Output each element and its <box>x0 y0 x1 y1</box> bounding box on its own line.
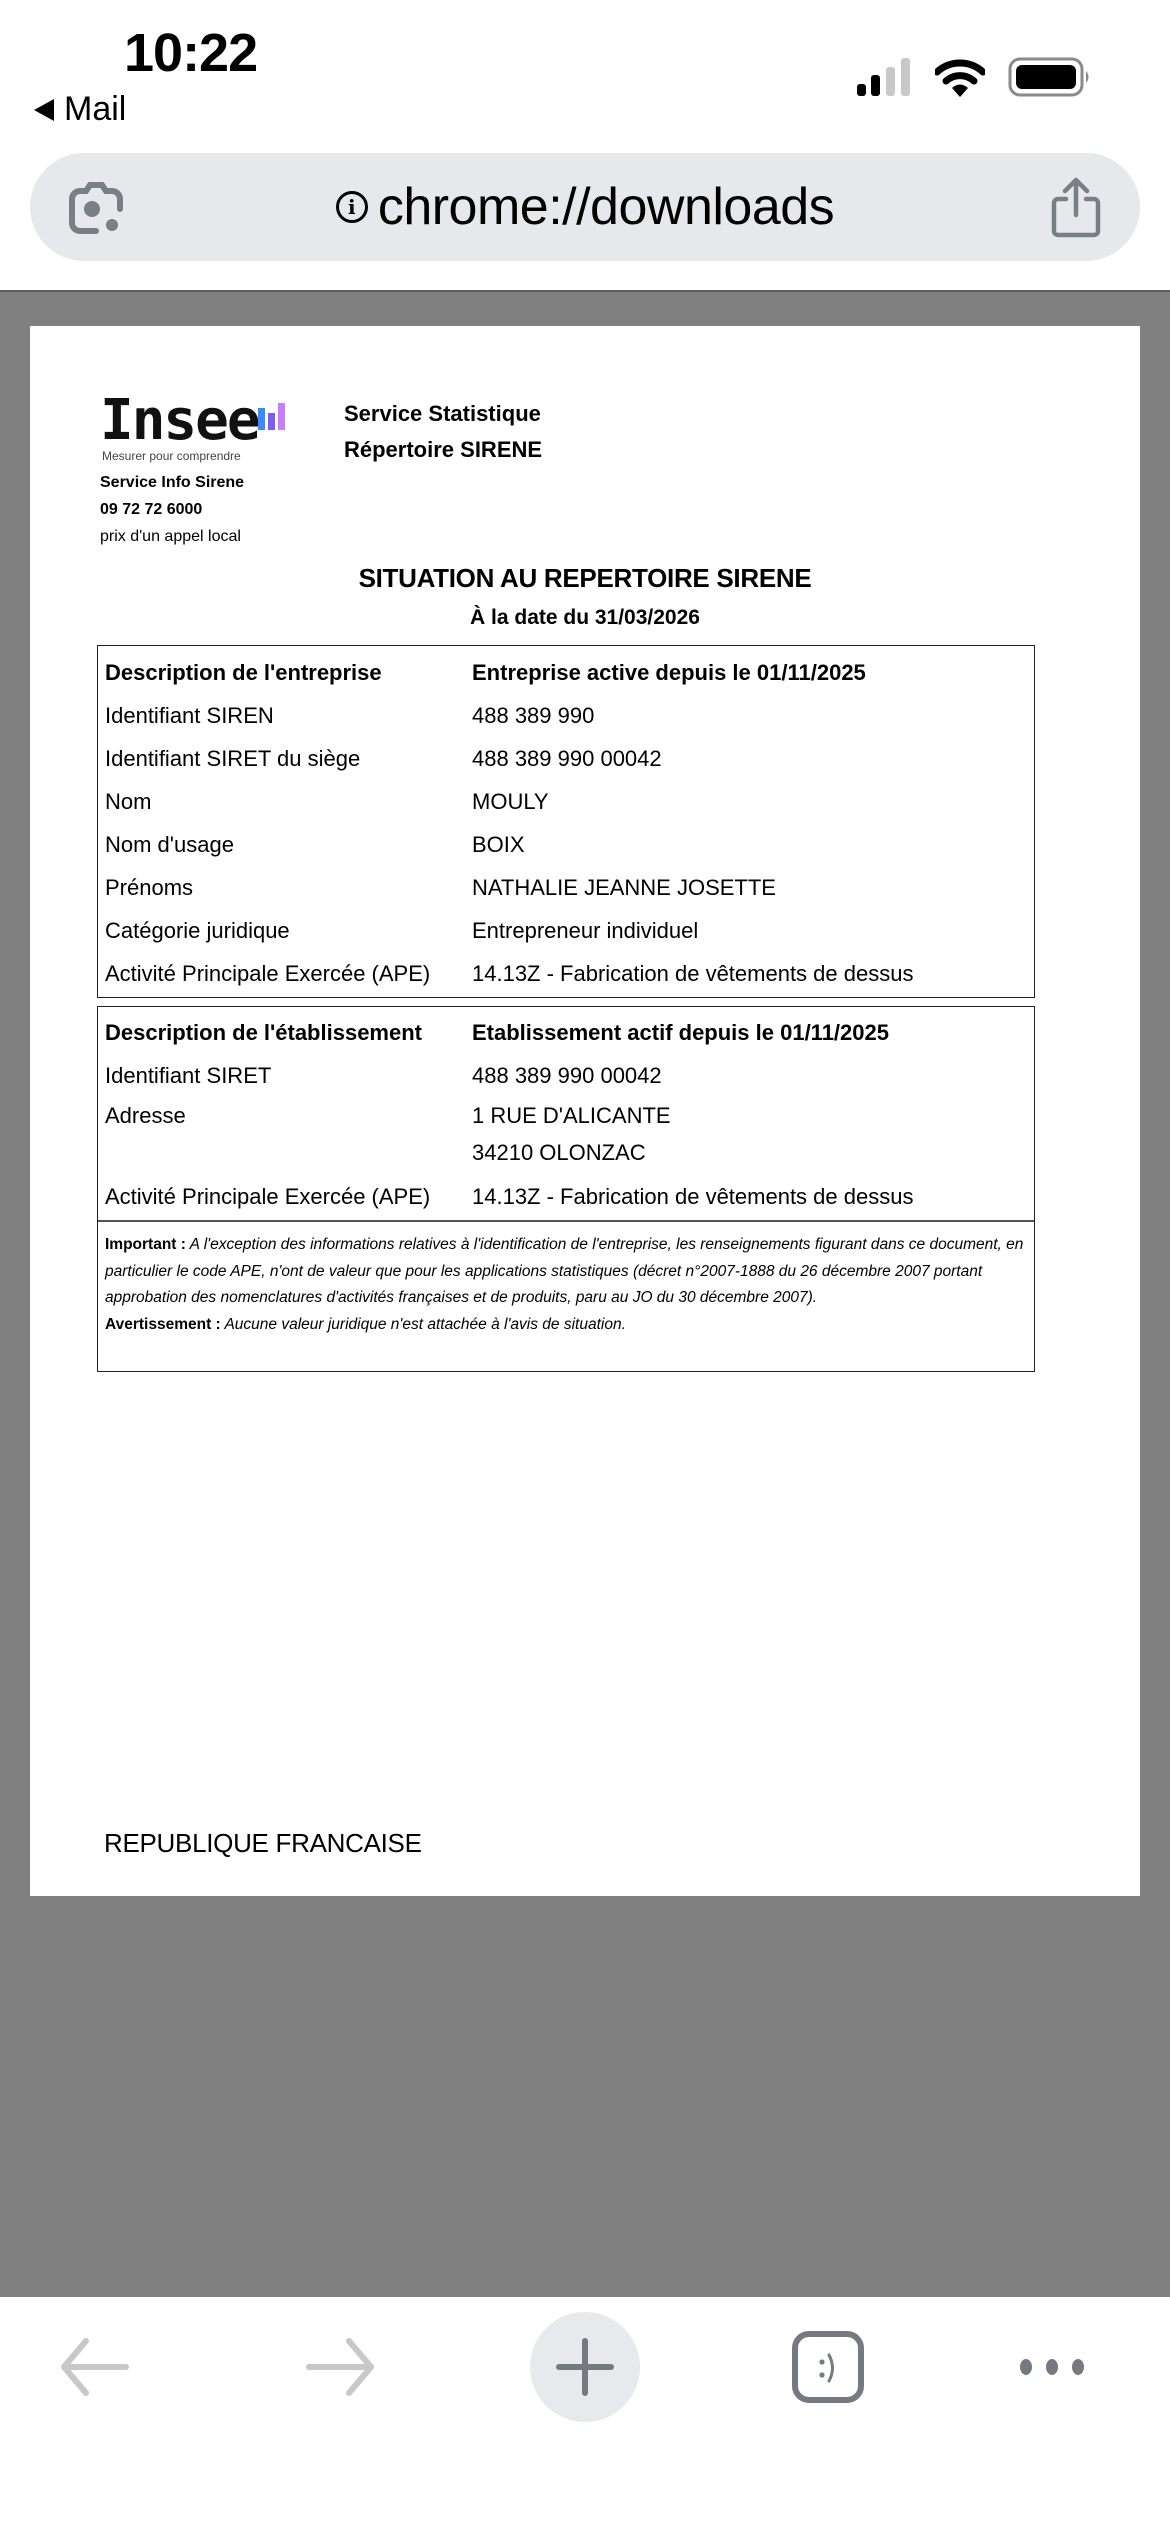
row-value: 488 389 990 00042 <box>472 746 662 772</box>
contact-block: Service Info Sirene 09 72 72 6000 prix d… <box>100 469 244 550</box>
header-line1: Service Statistique <box>344 396 542 432</box>
insee-logo: Insee Mesurer pour comprendre <box>100 396 300 466</box>
etablissement-table: Description de l'établissement Etablisse… <box>97 1006 1035 1372</box>
arrow-right-icon <box>305 2337 375 2397</box>
logo-bars-icon <box>258 396 288 430</box>
back-triangle-icon <box>34 99 54 121</box>
row-value: MOULY <box>472 789 549 815</box>
more-menu-button[interactable] <box>997 2312 1107 2422</box>
back-to-app-button[interactable]: Mail <box>34 90 126 129</box>
contact-note: prix d'un appel local <box>100 523 244 550</box>
logo-tagline: Mesurer pour comprendre <box>102 449 241 463</box>
status-time: 10:22 <box>124 22 257 84</box>
entreprise-header-row: Description de l'entreprise Entreprise a… <box>105 651 1026 694</box>
document-title: SITUATION AU REPERTOIRE SIRENE <box>30 563 1140 594</box>
important-label: Important : <box>105 1236 186 1253</box>
table-row: 34210 OLONZAC <box>105 1134 1026 1171</box>
table-row: Identifiant SIRET 488 389 990 00042 <box>105 1054 1026 1097</box>
legal-notes: Important : A l'exception des informatio… <box>98 1220 1034 1371</box>
tab-switcher-button[interactable] <box>773 2312 883 2422</box>
pdf-page: Insee Mesurer pour comprendre Service In… <box>30 326 1140 1896</box>
battery-icon <box>1008 57 1092 97</box>
row-value: BOIX <box>472 832 525 858</box>
table-row: Identifiant SIREN 488 389 990 <box>105 694 1026 737</box>
incognito-tabs-icon <box>790 2329 866 2405</box>
warning-text: Aucune valeur juridique n'est attachée à… <box>224 1316 625 1333</box>
etablissement-header-label: Description de l'établissement <box>105 1020 472 1046</box>
row-label: Activité Principale Exercée (APE) <box>105 1184 472 1210</box>
row-label: Activité Principale Exercée (APE) <box>105 961 472 987</box>
header-line2: Répertoire SIRENE <box>344 432 542 468</box>
etablissement-header-row: Description de l'établissement Etablisse… <box>105 1011 1026 1054</box>
row-value: Entrepreneur individuel <box>472 918 698 944</box>
row-value: 488 389 990 00042 <box>472 1063 662 1089</box>
row-label: Identifiant SIRET du siège <box>105 746 472 772</box>
document-subtitle: À la date du 31/03/2026 <box>30 606 1140 630</box>
warning-label: Avertissement : <box>105 1316 221 1333</box>
row-label: Nom d'usage <box>105 832 472 858</box>
row-label: Identifiant SIRET <box>105 1063 472 1089</box>
forward-button[interactable] <box>285 2312 395 2422</box>
contact-service: Service Info Sirene <box>100 469 244 496</box>
row-value: 14.13Z - Fabrication de vêtements de des… <box>472 1184 913 1210</box>
plus-icon <box>555 2337 615 2397</box>
row-label: Nom <box>105 789 472 815</box>
table-row: Nom d'usage BOIX <box>105 823 1026 866</box>
table-row: Activité Principale Exercée (APE) 14.13Z… <box>105 1175 1026 1218</box>
row-value: 1 RUE D'ALICANTE <box>472 1103 671 1129</box>
row-value: 488 389 990 <box>472 703 594 729</box>
wifi-icon <box>935 58 985 98</box>
row-label: Adresse <box>105 1103 472 1129</box>
arrow-left-icon <box>60 2337 130 2397</box>
url-text[interactable]: chrome://downloads <box>378 177 834 237</box>
row-label: Prénoms <box>105 875 472 901</box>
browser-toolbar <box>0 2297 1170 2532</box>
contact-phone: 09 72 72 6000 <box>100 496 244 523</box>
etablissement-header-value: Etablissement actif depuis le 01/11/2025 <box>472 1020 889 1046</box>
site-info-icon[interactable]: i <box>336 191 368 223</box>
page-footer: REPUBLIQUE FRANCAISE <box>104 1828 422 1859</box>
entreprise-header-label: Description de l'entreprise <box>105 660 472 686</box>
new-tab-button[interactable] <box>530 2312 640 2422</box>
more-dots-icon <box>1014 2355 1090 2379</box>
table-row: Catégorie juridique Entrepreneur individ… <box>105 909 1026 952</box>
table-row: Prénoms NATHALIE JEANNE JOSETTE <box>105 866 1026 909</box>
table-row: Adresse 1 RUE D'ALICANTE <box>105 1097 1026 1134</box>
row-label: Catégorie juridique <box>105 918 472 944</box>
address-bar[interactable]: i chrome://downloads <box>30 153 1140 261</box>
share-icon[interactable] <box>1050 177 1102 239</box>
back-button[interactable] <box>40 2312 150 2422</box>
important-text: A l'exception des informations relatives… <box>105 1236 1023 1306</box>
table-row: Nom MOULY <box>105 780 1026 823</box>
pdf-viewer[interactable]: Insee Mesurer pour comprendre Service In… <box>0 290 1170 2297</box>
row-label: Identifiant SIREN <box>105 703 472 729</box>
status-bar: 10:22 Mail <box>0 0 1170 140</box>
row-value: 34210 OLONZAC <box>472 1140 646 1166</box>
table-row: Identifiant SIRET du siège 488 389 990 0… <box>105 737 1026 780</box>
table-row: Activité Principale Exercée (APE) 14.13Z… <box>105 952 1026 995</box>
cellular-signal-icon <box>855 58 915 96</box>
entreprise-header-value: Entreprise active depuis le 01/11/2025 <box>472 660 866 686</box>
row-value: 14.13Z - Fabrication de vêtements de des… <box>472 961 913 987</box>
header-right: Service Statistique Répertoire SIRENE <box>344 396 542 468</box>
logo-wordmark: Insee <box>100 388 259 453</box>
back-app-label: Mail <box>64 90 126 129</box>
row-value: NATHALIE JEANNE JOSETTE <box>472 875 776 901</box>
entreprise-table: Description de l'entreprise Entreprise a… <box>97 645 1035 998</box>
